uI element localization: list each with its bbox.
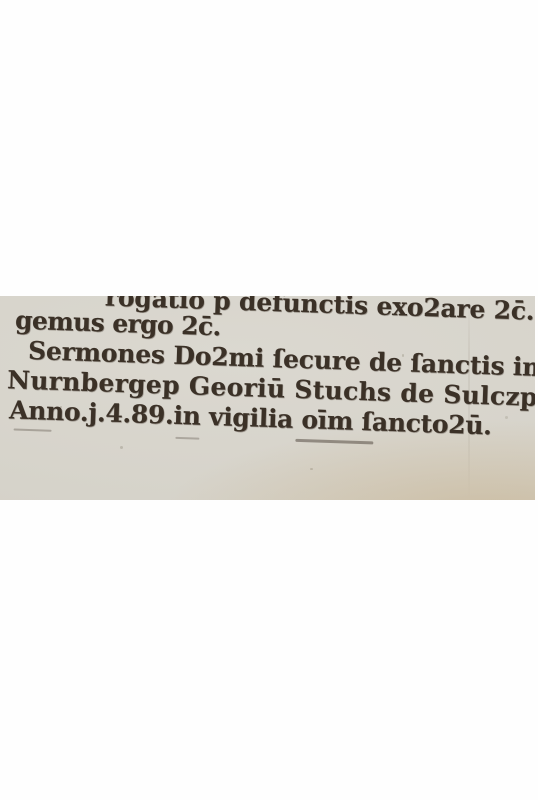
colophon-text-block: rogatio p defunctis exo2are 2c̄.'Ro- gem… [0,296,535,500]
ink-smudge [295,439,373,445]
ink-smudge [175,437,199,440]
paper-fragment: rogatio p defunctis exo2are 2c̄.'Ro- gem… [0,296,535,500]
ink-smudge [14,429,52,432]
scan-background: rogatio p defunctis exo2are 2c̄.'Ro- gem… [0,0,538,800]
